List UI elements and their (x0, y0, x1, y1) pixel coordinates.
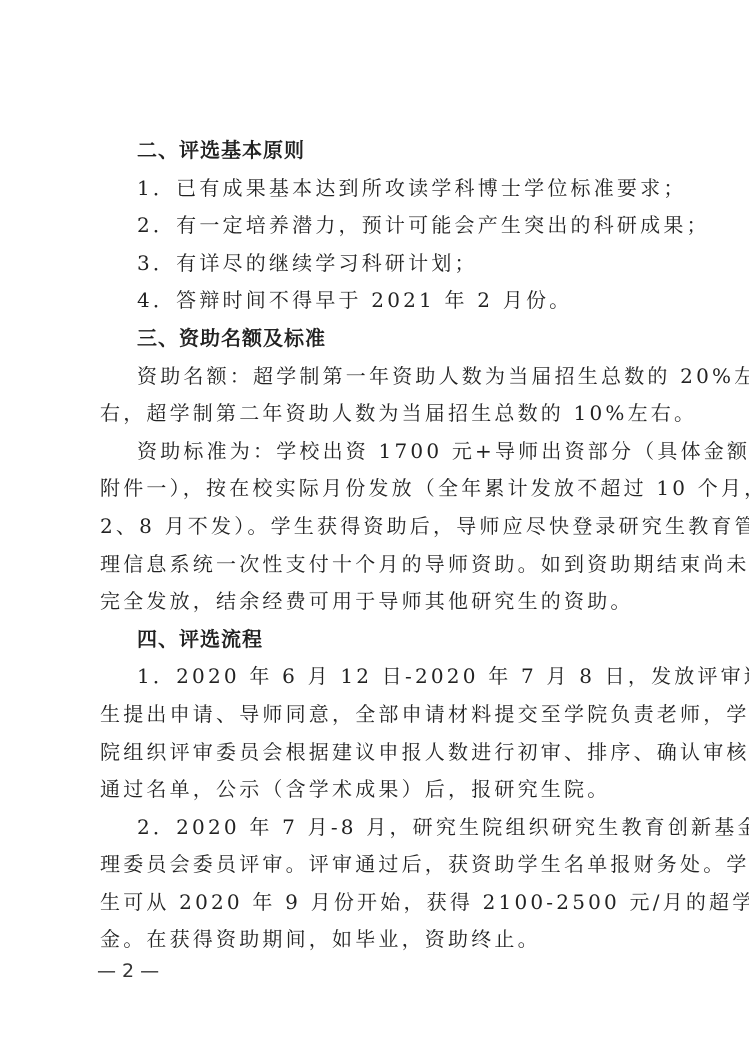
paragraph-line: 完全发放，结余经费可用于导师其他研究生的资助。 (100, 583, 656, 621)
paragraph-line: 院组织评审委员会根据建议申报人数进行初审、排序、确认审核 (100, 734, 656, 772)
document-page: 二、评选基本原则 1．已有成果基本达到所攻读学科博士学位标准要求； 2．有一定培… (0, 0, 749, 1060)
paragraph-line: 生可从 2020 年 9 月份开始，获得 2100-2500 元/月的超学制助学 (100, 884, 656, 922)
paragraph-line: 1．已有成果基本达到所攻读学科博士学位标准要求； (100, 170, 656, 208)
paragraph-line: 2．2020 年 7 月-8 月，研究生院组织研究生教育创新基金管 (100, 809, 656, 847)
paragraph-line: 理委员会委员评审。评审通过后，获资助学生名单报财务处。学 (100, 846, 656, 884)
paragraph-line: 1．2020 年 6 月 12 日-2020 年 7 月 8 日，发放评审通知、… (100, 658, 656, 696)
paragraph-line: 附件一），按在校实际月份发放（全年累计发放不超过 10 个月， (100, 470, 656, 508)
paragraph-line: 生提出申请、导师同意，全部申请材料提交至学院负责老师，学 (100, 696, 656, 734)
paragraph-line: 金。在获得资助期间，如毕业，资助终止。 (100, 921, 656, 959)
document-body: 二、评选基本原则 1．已有成果基本达到所攻读学科博士学位标准要求； 2．有一定培… (100, 132, 656, 959)
paragraph-line: 2．有一定培养潜力，预计可能会产生突出的科研成果； (100, 207, 656, 245)
paragraph-line: 4．答辩时间不得早于 2021 年 2 月份。 (100, 282, 656, 320)
section-heading: 三、资助名额及标准 (100, 320, 656, 358)
section-heading: 四、评选流程 (100, 621, 656, 659)
paragraph-line: 资助名额：超学制第一年资助人数为当届招生总数的 20%左 (100, 358, 656, 396)
paragraph-line: 右，超学制第二年资助人数为当届招生总数的 10%左右。 (100, 395, 656, 433)
section-heading: 二、评选基本原则 (100, 132, 656, 170)
page-number: — 2 — (97, 960, 159, 982)
paragraph-line: 资助标准为：学校出资 1700 元+导师出资部分（具体金额见 (100, 433, 656, 471)
paragraph-line: 3．有详尽的继续学习科研计划； (100, 245, 656, 283)
paragraph-line: 2、8 月不发）。学生获得资助后，导师应尽快登录研究生教育管 (100, 508, 656, 546)
paragraph-line: 通过名单，公示（含学术成果）后，报研究生院。 (100, 771, 656, 809)
paragraph-line: 理信息系统一次性支付十个月的导师资助。如到资助期结束尚未 (100, 546, 656, 584)
